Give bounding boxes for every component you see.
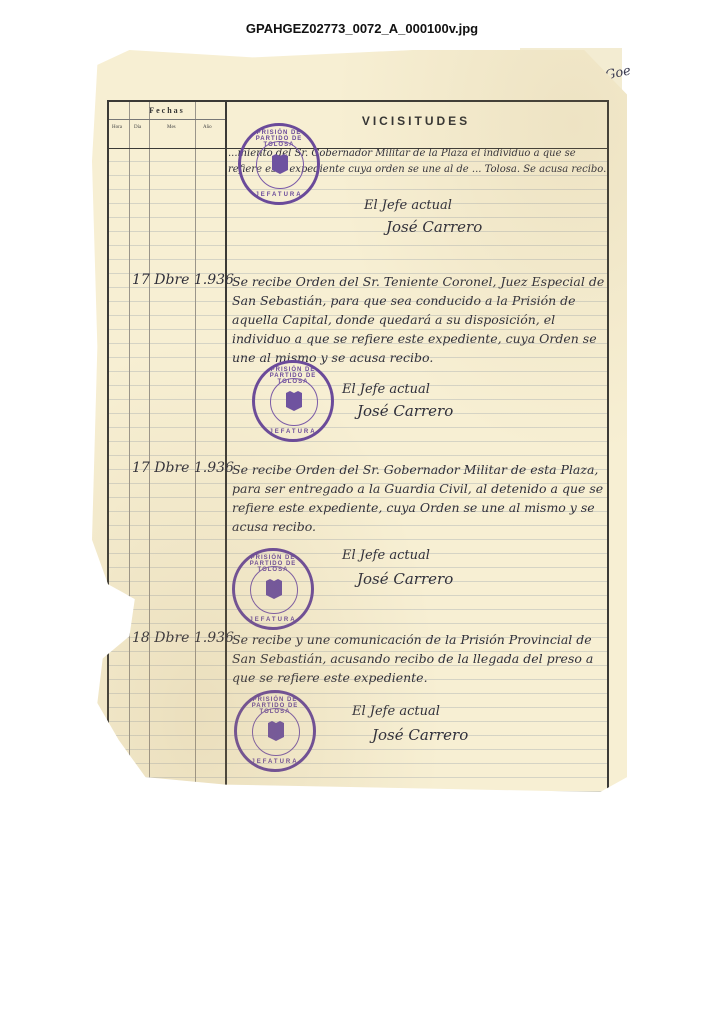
official-stamp: PRISIÓN DE PARTIDO DE TOLOSA JEFATURA (252, 360, 334, 442)
entry-text: Se recibe Orden del Sr. Teniente Coronel… (232, 272, 612, 367)
official-stamp: PRISIÓN DE PARTIDO DE TOLOSA JEFATURA (238, 123, 320, 205)
table-header: Fechas Hora Día Mes Año VICISITUDES (109, 102, 607, 149)
entry-date: 18 Dbre 1.936 (132, 630, 234, 646)
signature-title: El Jefe actual (342, 548, 430, 563)
vicisitudes-header: VICISITUDES (225, 114, 607, 128)
entry-date: 17 Dbre 1.936 (132, 460, 234, 476)
column-month: Mes (167, 125, 176, 130)
entry-text: ...miento del Sr. Gobernador Militar de … (228, 146, 608, 178)
coat-of-arms-icon (270, 154, 290, 174)
signature-name: José Carrero (372, 726, 468, 744)
coat-of-arms-icon (266, 721, 286, 741)
dates-header: Fechas (109, 106, 225, 115)
entry-text: Se recibe Orden del Sr. Gobernador Milit… (232, 460, 612, 536)
signature-name: José Carrero (357, 402, 453, 420)
signature-title: El Jefe actual (364, 198, 452, 213)
coat-of-arms-icon (264, 579, 284, 599)
official-stamp: PRISIÓN DE PARTIDO DE TOLOSA JEFATURA (232, 548, 314, 630)
document-page: Fechas Hora Día Mes Año VICISITUDES ...m… (92, 50, 627, 792)
signature-title: El Jefe actual (352, 704, 440, 719)
stamp-bottom-text: JEFATURA (241, 192, 317, 198)
signature-name: José Carrero (357, 570, 453, 588)
ruled-lines (109, 148, 607, 792)
signature-title: El Jefe actual (342, 382, 430, 397)
column-day: Día (134, 125, 141, 130)
entry-text: Se recibe y une comunicación de la Prisi… (232, 630, 612, 687)
dates-header-group: Fechas Hora Día Mes Año (109, 102, 226, 148)
entry-date: 17 Dbre 1.936 (132, 272, 234, 288)
image-filename: GPAHGEZ02773_0072_A_000100v.jpg (0, 21, 724, 36)
vicisitudes-table: Fechas Hora Día Mes Año VICISITUDES (107, 100, 609, 792)
column-year: Año (203, 125, 212, 130)
column-hour: Hora (112, 125, 122, 130)
coat-of-arms-icon (284, 391, 304, 411)
official-stamp: PRISIÓN DE PARTIDO DE TOLOSA JEFATURA (234, 690, 316, 772)
stamp-ring-text: PRISIÓN DE PARTIDO DE TOLOSA (241, 130, 317, 148)
signature-name: José Carrero (386, 218, 482, 236)
